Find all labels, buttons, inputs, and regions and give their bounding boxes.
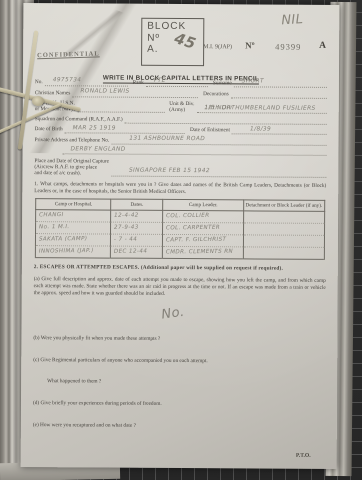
handwritten-nil: NIL bbox=[281, 12, 304, 28]
enlistment-label: Date of Enlistment bbox=[190, 127, 230, 134]
capture-field: SINGAPORE FEB 15 1942 bbox=[111, 169, 326, 177]
question-c-sub: What happened to them ? bbox=[47, 378, 325, 387]
surname-label: Surname bbox=[213, 80, 232, 87]
row-names-decorations: Christian Names RONALD LEWIS Decorations bbox=[35, 90, 327, 99]
mi9-office-label: M.I. 9(JAP) bbox=[203, 44, 232, 50]
dob-field: MAR 25 1919 bbox=[65, 126, 185, 134]
capture-label: Place and Date of Original Capture (Airc… bbox=[34, 158, 109, 177]
address-field-line2: DERBY ENGLAND bbox=[62, 147, 326, 156]
address-field-line1: 131 ASHBOURNE ROAD bbox=[111, 137, 326, 145]
col-detachment-leader: Detachment or Block Leader (if any). bbox=[243, 200, 324, 212]
address-label: Private Address and Telephone No. bbox=[35, 137, 110, 144]
decorations-label: Decorations bbox=[203, 91, 229, 98]
confidential-stamp: CONFIDENTIAL bbox=[37, 50, 100, 59]
pto-label: P.T.O. bbox=[33, 451, 325, 460]
serial-number: 49399 bbox=[275, 42, 301, 52]
question-e: (e) How were you recaptured and on what … bbox=[33, 422, 325, 431]
decorations-field bbox=[231, 91, 327, 99]
col-camp-or-hospital: Camp or Hospital. bbox=[36, 199, 111, 211]
unit-div-field: 18th Div 1/5 NORTHUMBERLAND FUSILIERS bbox=[196, 106, 326, 114]
serial-no-label: Nº bbox=[245, 40, 255, 50]
enlistment-field: 1/8/39 bbox=[232, 127, 327, 135]
row-dob-enlistment: Date of Birth MAR 25 1919 Date of Enlist… bbox=[35, 126, 327, 135]
no-label: No. bbox=[35, 79, 43, 86]
row-address-2: DERBY ENGLAND bbox=[62, 147, 326, 156]
twine-knot bbox=[32, 96, 44, 106]
section-1-question: 1. What camps, detachments or hospitals … bbox=[34, 181, 326, 197]
squadron-field bbox=[125, 116, 327, 124]
camps-table: Camp or Hospital. Dates. Camp Leader. De… bbox=[35, 198, 324, 260]
block-number-stamp: BLOCK Nº A. 45 bbox=[141, 18, 204, 66]
question-a: (a) Give full description and approx. da… bbox=[34, 276, 326, 299]
row-squadron: Squadron and Command (R.A.F., A.A.F.) bbox=[35, 116, 327, 125]
no-field: 4975734 bbox=[45, 79, 128, 87]
ship-field bbox=[77, 106, 164, 114]
questionnaire-document: NIL BLOCK Nº A. 45 M.I. 9(JAP) Nº 49399 … bbox=[21, 3, 340, 469]
row-number-rank-surname: No. 4975734 Rank PTE Surname SHORT bbox=[35, 79, 327, 88]
question-b: (b) Were you physically fit when you mad… bbox=[33, 336, 325, 345]
section-2-heading: 2. ESCAPES OR ATTEMPTED ESCAPES. (Additi… bbox=[34, 264, 326, 273]
question-d: (d) Give briefly your experiences during… bbox=[33, 400, 325, 409]
col-camp-leader: Camp Leader. bbox=[163, 200, 244, 212]
col-dates: Dates. bbox=[111, 199, 163, 210]
dob-label: Date of Birth bbox=[35, 126, 63, 133]
row-capture: Place and Date of Original Capture (Airc… bbox=[34, 158, 326, 178]
stamp-line-block: BLOCK bbox=[147, 21, 203, 33]
squadron-label: Squadron and Command (R.A.F., A.A.F.) bbox=[35, 116, 123, 123]
rank-field: PTE bbox=[146, 80, 208, 87]
table-row: INNOSHIMA (JAP.) DEC 12-44 CMDR. CLEMENT… bbox=[36, 246, 324, 260]
surname-field: SHORT bbox=[234, 80, 327, 88]
serial-suffix: A bbox=[319, 41, 326, 51]
rank-label: Rank bbox=[133, 80, 144, 87]
row-address: Private Address and Telephone No. 131 AS… bbox=[35, 137, 327, 146]
paper-crease bbox=[55, 0, 132, 72]
handwritten-answer-no: No. bbox=[161, 302, 203, 324]
question-c: (c) Give Regimental particulars of anyon… bbox=[33, 357, 325, 366]
christian-names-field: RONALD LEWIS bbox=[72, 90, 198, 98]
unit-div-label: Unit & Div. (Army) bbox=[169, 101, 194, 113]
